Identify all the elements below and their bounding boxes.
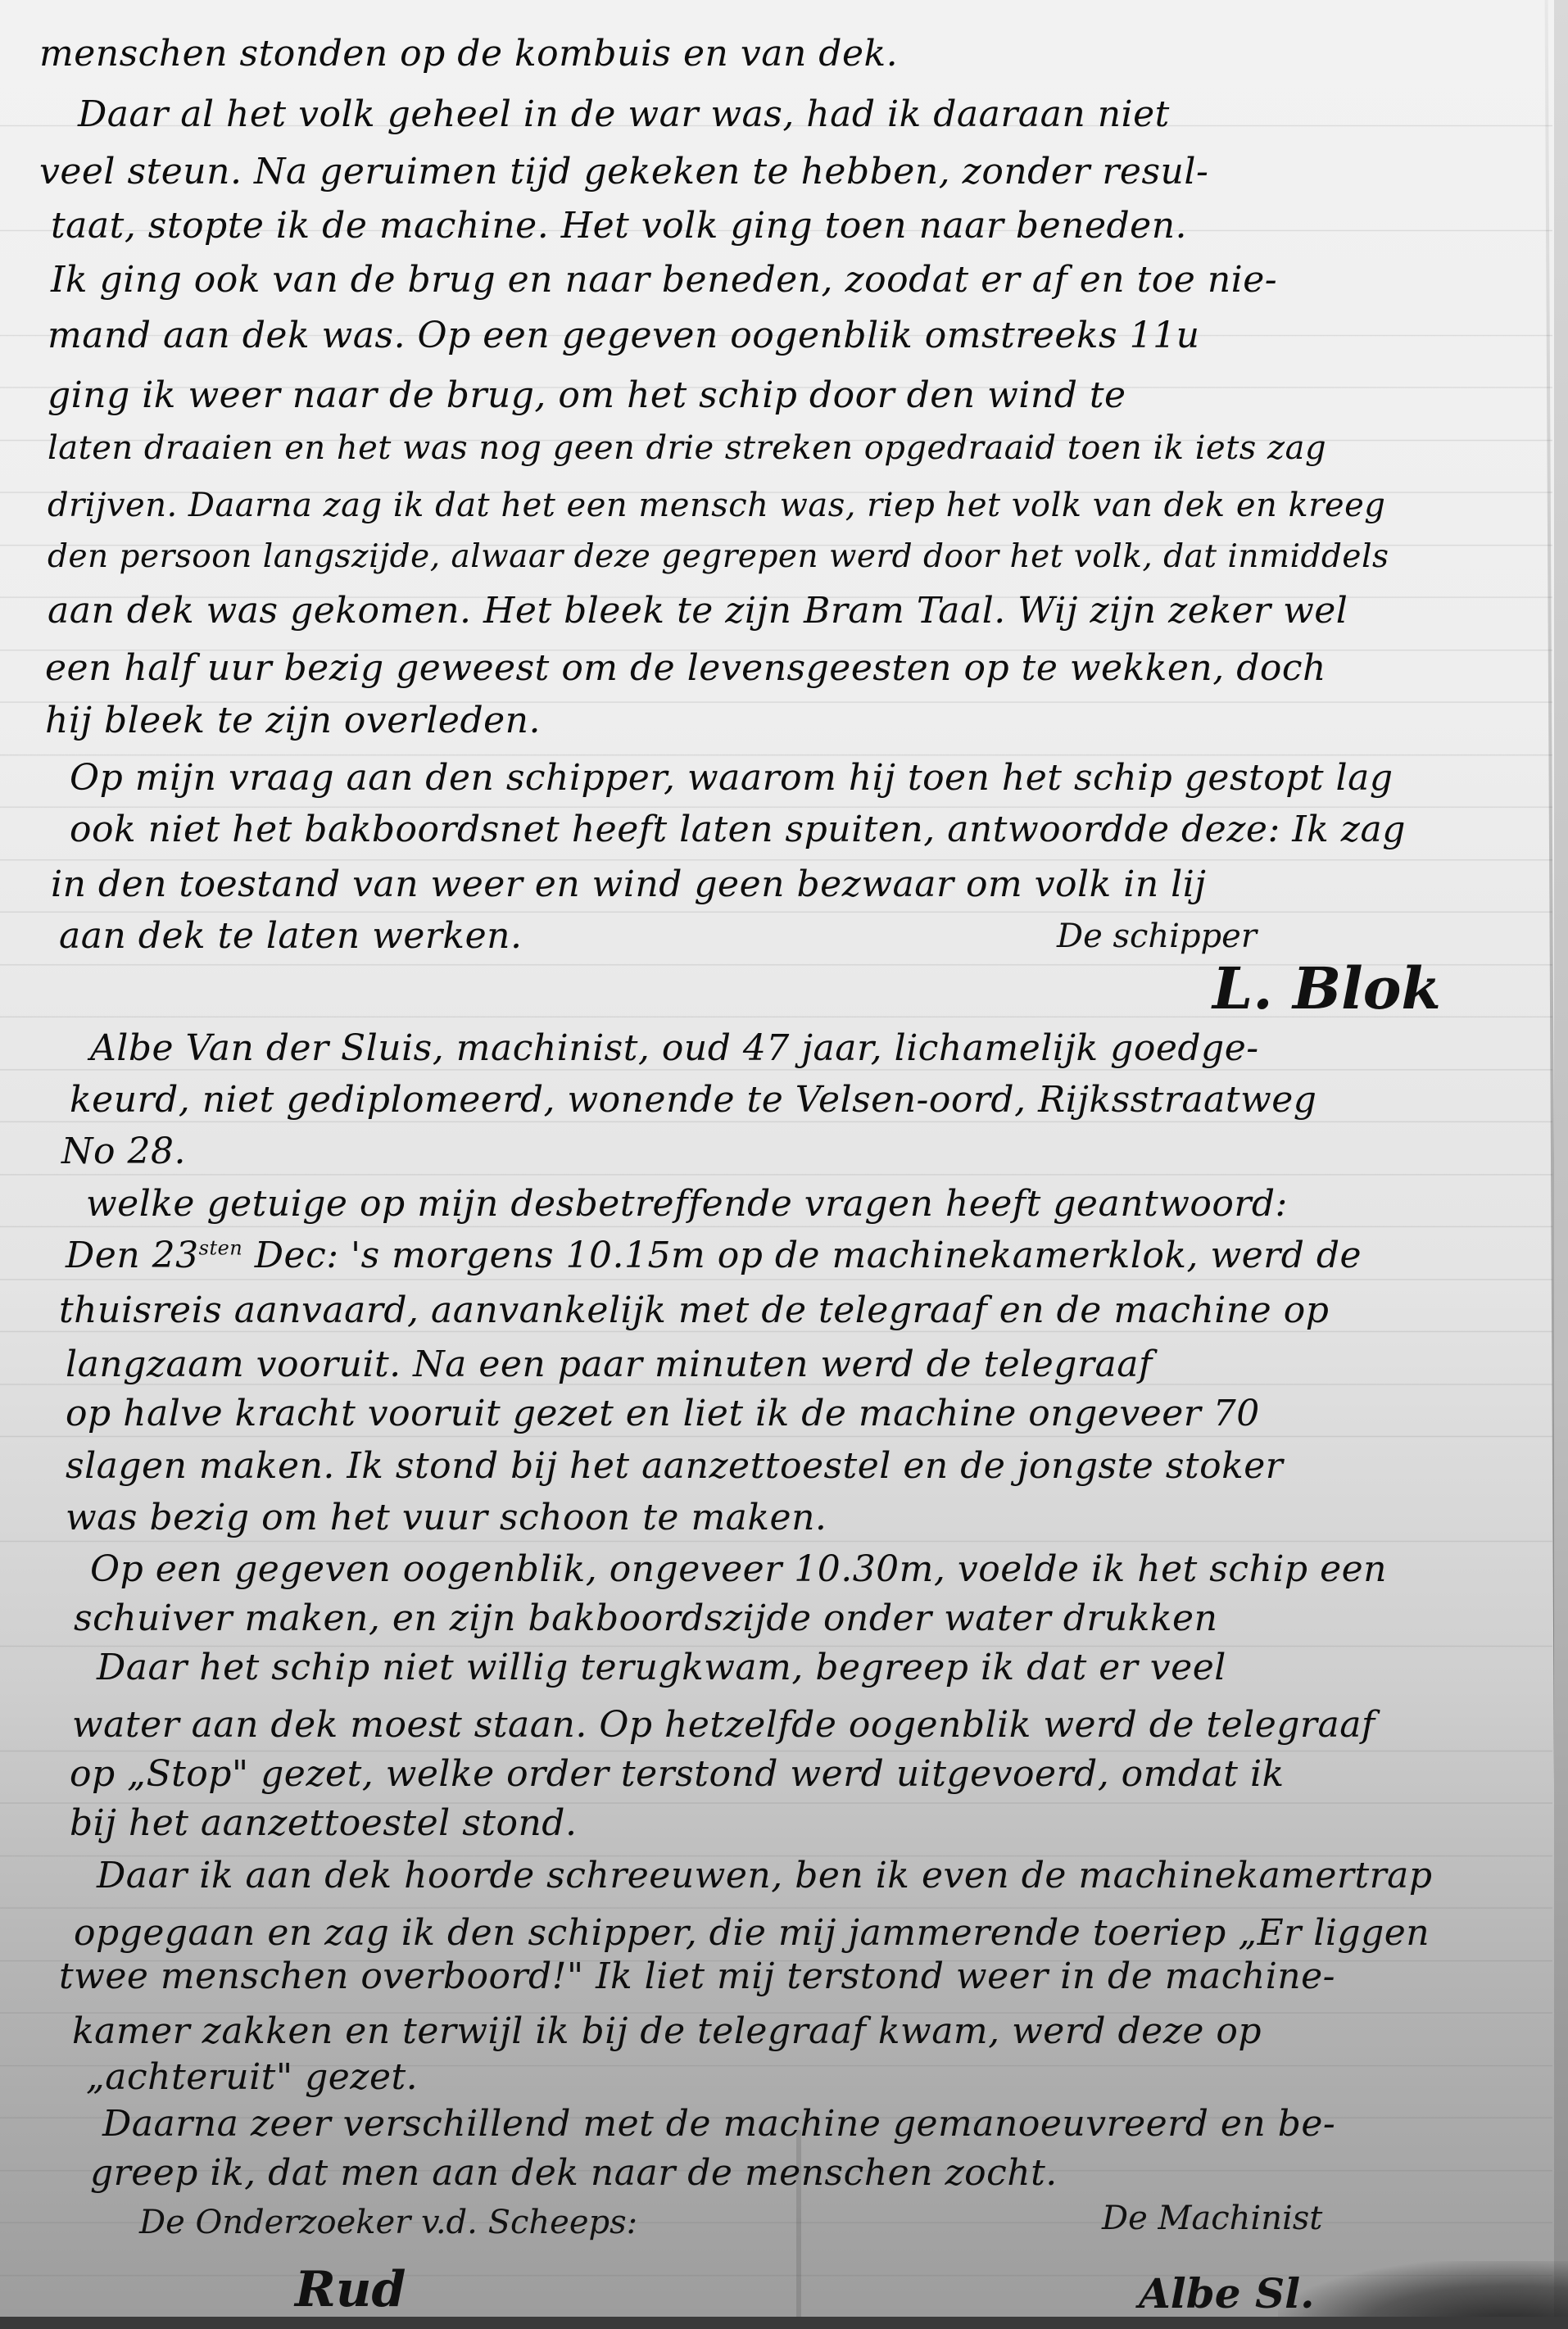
text-line: Op mijn vraag aan den schipper, waarom h…	[70, 757, 1394, 799]
text-line: twee menschen overboord!" Ik liet mij te…	[59, 1955, 1335, 1997]
text-line: Daar ik aan dek hoorde schreeuwen, ben i…	[97, 1855, 1433, 1896]
text-line: op halve kracht vooruit gezet en liet ik…	[66, 1393, 1260, 1434]
machinist-signature: Albe Sl.	[1139, 2269, 1314, 2318]
date-rest: Dec: 's morgens 10.15m op de machinekame…	[242, 1235, 1362, 1276]
text-line: bij het aanzettoestel stond.	[70, 1802, 577, 1844]
text-line: No 28.	[61, 1131, 186, 1172]
text-line: opgegaan en zag ik den schipper, die mij…	[74, 1912, 1430, 1954]
date-prefix: Den 23	[66, 1235, 199, 1276]
text-line: „achteruit" gezet.	[86, 2056, 418, 2098]
text-line: Ik ging ook van de brug en naar beneden,…	[51, 259, 1277, 301]
text-line: schuiver maken, en zijn bakboordszijde o…	[74, 1597, 1217, 1639]
text-line: op „Stop" gezet, welke order terstond we…	[70, 1753, 1285, 1795]
text-line: Daarna zeer verschillend met de machine …	[102, 2103, 1335, 2145]
text-line: taat, stopte ik de machine. Het volk gin…	[51, 205, 1187, 247]
schipper-label: De schipper	[1057, 918, 1257, 955]
machinist-label: De Machinist	[1102, 2200, 1322, 2237]
text-line: water aan dek moest staan. Op hetzelfde …	[72, 1704, 1375, 1746]
text-line: langzaam vooruit. Na een paar minuten we…	[66, 1343, 1153, 1385]
text-line: Daar het schip niet willig terugkwam, be…	[97, 1647, 1226, 1688]
document-page: menschen stonden op de kombuis en van de…	[0, 0, 1568, 2329]
text-line: mand aan dek was. Op een gegeven oogenbl…	[48, 315, 1199, 356]
bottom-shadow	[0, 2317, 1568, 2329]
text-line: Op een gegeven oogenblik, ongeveer 10.30…	[90, 1548, 1387, 1590]
text-line: greep ik, dat men aan dek naar de mensch…	[90, 2152, 1058, 2194]
text-line: een half uur bezig geweest om de levensg…	[45, 647, 1326, 689]
text-line: slagen maken. Ik stond bij het aanzettoe…	[66, 1445, 1283, 1487]
text-line: menschen stonden op de kombuis en van de…	[39, 33, 898, 75]
text-line: was bezig om het vuur schoon te maken.	[66, 1497, 827, 1538]
text-line: ging ik weer naar de brug, om het schip …	[48, 374, 1126, 416]
text-line: ook niet het bakboordsnet heeft laten sp…	[70, 809, 1406, 850]
text-line: in den toestand van weer en wind geen be…	[51, 863, 1206, 905]
text-line: drijven. Daarna zag ik dat het een mensc…	[48, 487, 1385, 524]
text-line: aan dek te laten werken.	[59, 915, 522, 957]
text-line: Albe Van der Sluis, machinist, oud 47 ja…	[90, 1027, 1259, 1069]
examiner-label: De Onderzoeker v.d. Scheeps:	[139, 2204, 637, 2241]
text-line: veel steun. Na geruimen tijd gekeken te …	[39, 151, 1208, 193]
text-line: Den 23sten Dec: 's morgens 10.15m op de …	[66, 1235, 1362, 1276]
examiner-signature: Rud	[295, 2261, 406, 2318]
text-line: aan dek was gekomen. Het bleek te zijn B…	[48, 590, 1348, 632]
text-line: Daar al het volk geheel in de war was, h…	[78, 93, 1170, 135]
text-line: den persoon langszijde, alwaar deze gegr…	[48, 538, 1389, 575]
schipper-signature: L. Blok	[1212, 954, 1441, 1022]
text-line: keurd, niet gediplomeerd, wonende te Vel…	[70, 1079, 1316, 1121]
text-line: welke getuige op mijn desbetreffende vra…	[86, 1183, 1288, 1225]
text-line: hij bleek te zijn overleden.	[45, 700, 541, 741]
text-line: thuisreis aanvaard, aanvankelijk met de …	[59, 1289, 1329, 1331]
text-line: laten draaien en het was nog geen drie s…	[48, 429, 1326, 467]
date-superscript: sten	[199, 1236, 243, 1259]
page-margin-strip	[1554, 0, 1568, 2329]
text-line: kamer zakken en terwijl ik bij de telegr…	[72, 2010, 1262, 2052]
